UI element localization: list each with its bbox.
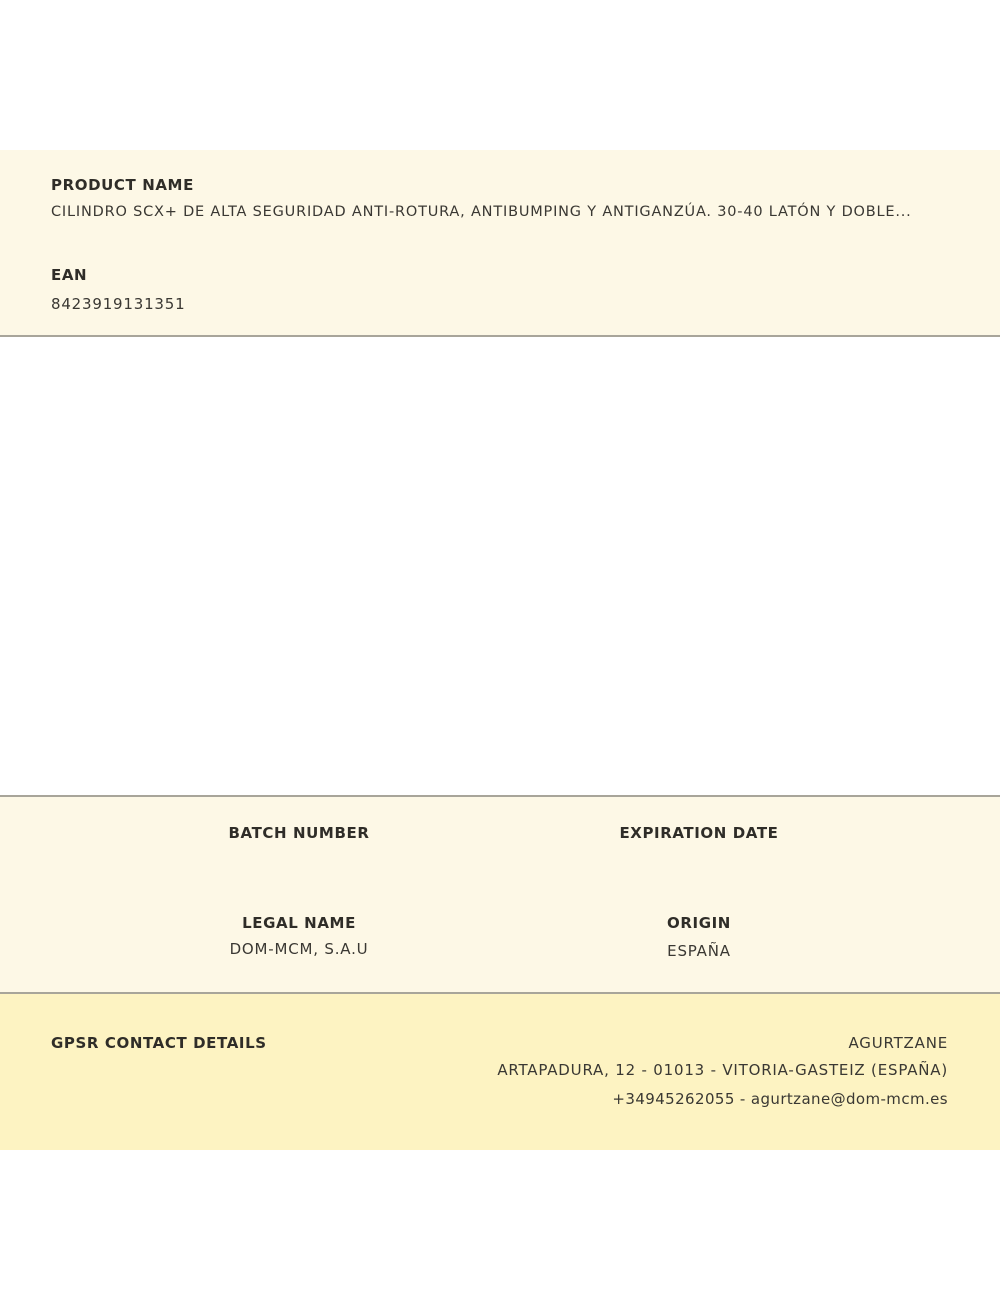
gpsr-contact-section: GPSR CONTACT DETAILS AGURTZANE ARTAPADUR… [0,994,1000,1150]
legal-name-value: DOM-MCM, S.A.U [99,940,499,958]
legal-name-field: LEGAL NAME DOM-MCM, S.A.U [99,914,499,958]
expiration-date-label: EXPIRATION DATE [499,824,899,842]
expiration-date-field: EXPIRATION DATE [499,824,899,842]
product-name-label: PRODUCT NAME [51,176,194,194]
batch-info-section: BATCH NUMBER EXPIRATION DATE LEGAL NAME … [0,795,1000,994]
ean-value: 8423919131351 [51,295,185,313]
origin-label: ORIGIN [499,914,899,932]
gpsr-contact-address: ARTAPADURA, 12 - 01013 - VITORIA-GASTEIZ… [497,1061,948,1079]
gpsr-contact-label: GPSR CONTACT DETAILS [51,1034,267,1052]
product-name-value: CILINDRO SCX+ DE ALTA SEGURIDAD ANTI-ROT… [51,204,912,220]
gpsr-contact-phone-email: +34945262055 - agurtzane@dom-mcm.es [612,1090,948,1108]
batch-number-field: BATCH NUMBER [99,824,499,842]
product-info-section: PRODUCT NAME CILINDRO SCX+ DE ALTA SEGUR… [0,150,1000,337]
legal-name-label: LEGAL NAME [99,914,499,932]
origin-field: ORIGIN ESPAÑA [499,914,899,960]
ean-label: EAN [51,266,87,284]
gpsr-contact-name: AGURTZANE [848,1034,948,1052]
batch-number-label: BATCH NUMBER [99,824,499,842]
origin-value: ESPAÑA [499,942,899,960]
